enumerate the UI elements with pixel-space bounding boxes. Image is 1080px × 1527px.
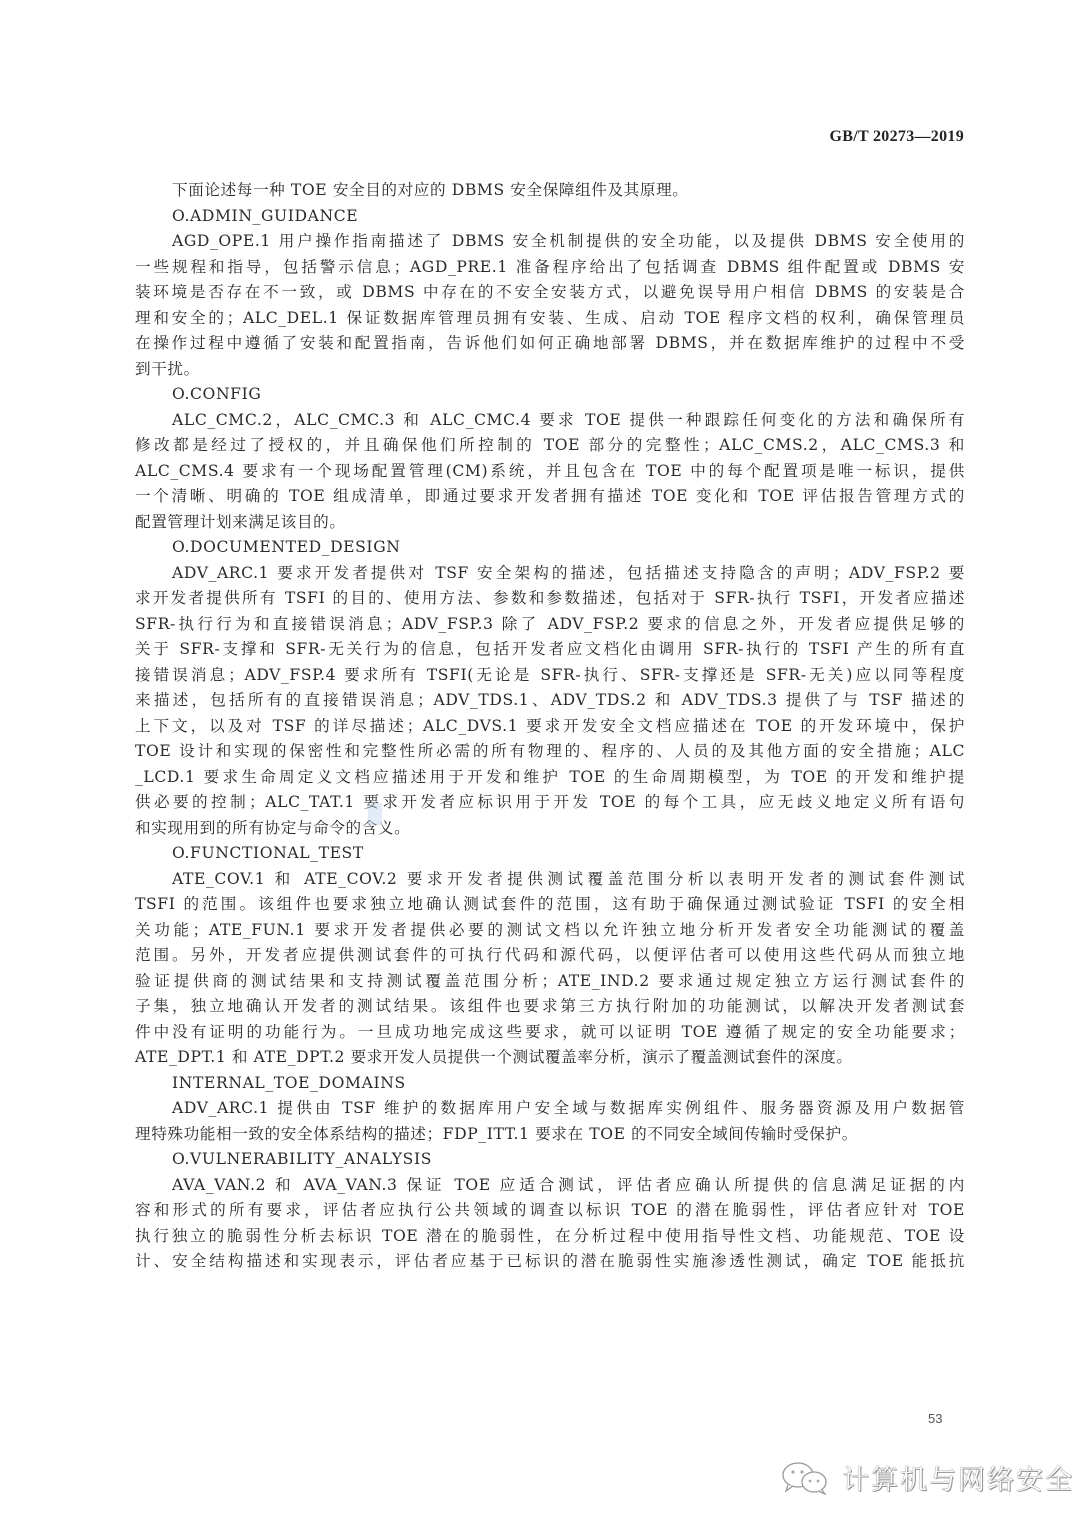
text-line: _LCD.1 要求生命周定义文档应描述用于开发和维护 TOE 的生命周期模型，为… xyxy=(135,765,965,791)
text-line: 验证提供商的测试结果和支持测试覆盖范围分析；ATE_IND.2 要求通过规定独立… xyxy=(135,969,965,995)
wechat-icon xyxy=(780,1461,834,1495)
text-line: ATE_COV.1 和 ATE_COV.2 要求开发者提供测试覆盖范围分析以表明… xyxy=(135,867,965,893)
text-line: ALC_CMS.4 要求有一个现场配置管理(CM)系统，并且包含在 TOE 中的… xyxy=(135,459,965,485)
text-line: AGD_OPE.1 用户操作指南描述了 DBMS 安全机制提供的安全功能，以及提… xyxy=(135,229,965,255)
text-line: O.DOCUMENTED_DESIGN xyxy=(135,535,965,561)
text-line: 理和安全的；ALC_DEL.1 保证数据库管理员拥有安装、生成、启动 TOE 程… xyxy=(135,306,965,332)
text-line: 一个清晰、明确的 TOE 组成清单，即通过要求开发者拥有描述 TOE 变化和 T… xyxy=(135,484,965,510)
text-line: ATE_DPT.1 和 ATE_DPT.2 要求开发人员提供一个测试覆盖率分析，… xyxy=(135,1045,965,1071)
text-line: 装环境是否存在不一致，或 DBMS 中存在的不安全安装方式，以避免误导用户相信 … xyxy=(135,280,965,306)
text-line: 求开发者提供所有 TSFI 的目的、使用方法、参数和参数描述，包括对于 SFR-… xyxy=(135,586,965,612)
text-line: ADV_ARC.1 提供由 TSF 维护的数据库用户安全域与数据库实例组件、服务… xyxy=(135,1096,965,1122)
text-line: 计、安全结构描述和实现表示，评估者应基于已标识的潜在脆弱性实施渗透性测试，确定 … xyxy=(135,1249,965,1275)
text-line: 到干扰。 xyxy=(135,357,965,383)
text-line: 理特殊功能相一致的安全体系结构的描述；FDP_ITT.1 要求在 TOE 的不同… xyxy=(135,1122,965,1148)
text-line: 关于 SFR-支撑和 SFR-无关行为的信息，包括开发者应文档化由调用 SFR-… xyxy=(135,637,965,663)
text-line: 接错误消息；ADV_FSP.4 要求所有 TSFI(无论是 SFR-执行、SFR… xyxy=(135,663,965,689)
text-line: O.CONFIG xyxy=(135,382,965,408)
text-line: 供必要的控制；ALC_TAT.1 要求开发者应标识用于开发 TOE 的每个工具，… xyxy=(135,790,965,816)
text-line: 上下文，以及对 TSF 的详尽描述；ALC_DVS.1 要求开发安全文档应描述在… xyxy=(135,714,965,740)
document-body: 下面论述每一种 TOE 安全目的对应的 DBMS 安全保障组件及其原理。O.AD… xyxy=(135,178,965,1275)
text-line: 和实现用到的所有协定与命令的含义。 xyxy=(135,816,965,842)
text-line: 一些规程和指导，包括警示信息；AGD_PRE.1 准备程序给出了包括调查 DBM… xyxy=(135,255,965,281)
watermark: 计算机与网络安全 xyxy=(780,1458,1074,1497)
text-line: 容和形式的所有要求，评估者应执行公共领域的调查以标识 TOE 的潜在脆弱性，评估… xyxy=(135,1198,965,1224)
text-line: ADV_ARC.1 要求开发者提供对 TSF 安全架构的描述，包括描述支持隐含的… xyxy=(135,561,965,587)
text-line: 下面论述每一种 TOE 安全目的对应的 DBMS 安全保障组件及其原理。 xyxy=(135,178,965,204)
text-line: 来描述，包括所有的直接错误消息；ADV_TDS.1、ADV_TDS.2 和 AD… xyxy=(135,688,965,714)
text-line: 修改都是经过了授权的，并且确保他们所控制的 TOE 部分的完整性；ALC_CMS… xyxy=(135,433,965,459)
text-line: 子集，独立地确认开发者的测试结果。该组件也要求第三方执行附加的功能测试，以解决开… xyxy=(135,994,965,1020)
scan-artifact xyxy=(368,803,382,825)
text-line: 配置管理计划来满足该目的。 xyxy=(135,510,965,536)
text-line: SFR-执行行为和直接错误消息；ADV_FSP.3 除了 ADV_FSP.2 要… xyxy=(135,612,965,638)
text-line: O.VULNERABILITY_ANALYSIS xyxy=(135,1147,965,1173)
text-line: 在操作过程中遵循了安装和配置指南，告诉他们如何正确地部署 DBMS，并在数据库维… xyxy=(135,331,965,357)
page-number: 53 xyxy=(928,1411,942,1426)
text-line: O.FUNCTIONAL_TEST xyxy=(135,841,965,867)
text-line: 关功能；ATE_FUN.1 要求开发者提供必要的测试文档以允许独立地分析开发者安… xyxy=(135,918,965,944)
text-line: TOE 设计和实现的保密性和完整性所必需的所有物理的、程序的、人员的及其他方面的… xyxy=(135,739,965,765)
text-line: ALC_CMC.2，ALC_CMC.3 和 ALC_CMC.4 要求 TOE 提… xyxy=(135,408,965,434)
text-line: 执行独立的脆弱性分析去标识 TOE 潜在的脆弱性，在分析过程中使用指导性文档、功… xyxy=(135,1224,965,1250)
text-line: 件中没有证明的功能行为。一旦成功地完成这些要求，就可以证明 TOE 遵循了规定的… xyxy=(135,1020,965,1046)
text-line: 范围。另外，开发者应提供测试套件的可执行代码和源代码，以便评估者可以使用这些代码… xyxy=(135,943,965,969)
text-line: TSFI 的范围。该组件也要求独立地确认测试套件的范围，这有助于确保通过测试验证… xyxy=(135,892,965,918)
watermark-text: 计算机与网络安全 xyxy=(842,1458,1074,1497)
text-line: INTERNAL_TOE_DOMAINS xyxy=(135,1071,965,1097)
standard-number: GB/T 20273—2019 xyxy=(830,128,964,146)
text-line: O.ADMIN_GUIDANCE xyxy=(135,204,965,230)
text-line: AVA_VAN.2 和 AVA_VAN.3 保证 TOE 应适合测试，评估者应确… xyxy=(135,1173,965,1199)
